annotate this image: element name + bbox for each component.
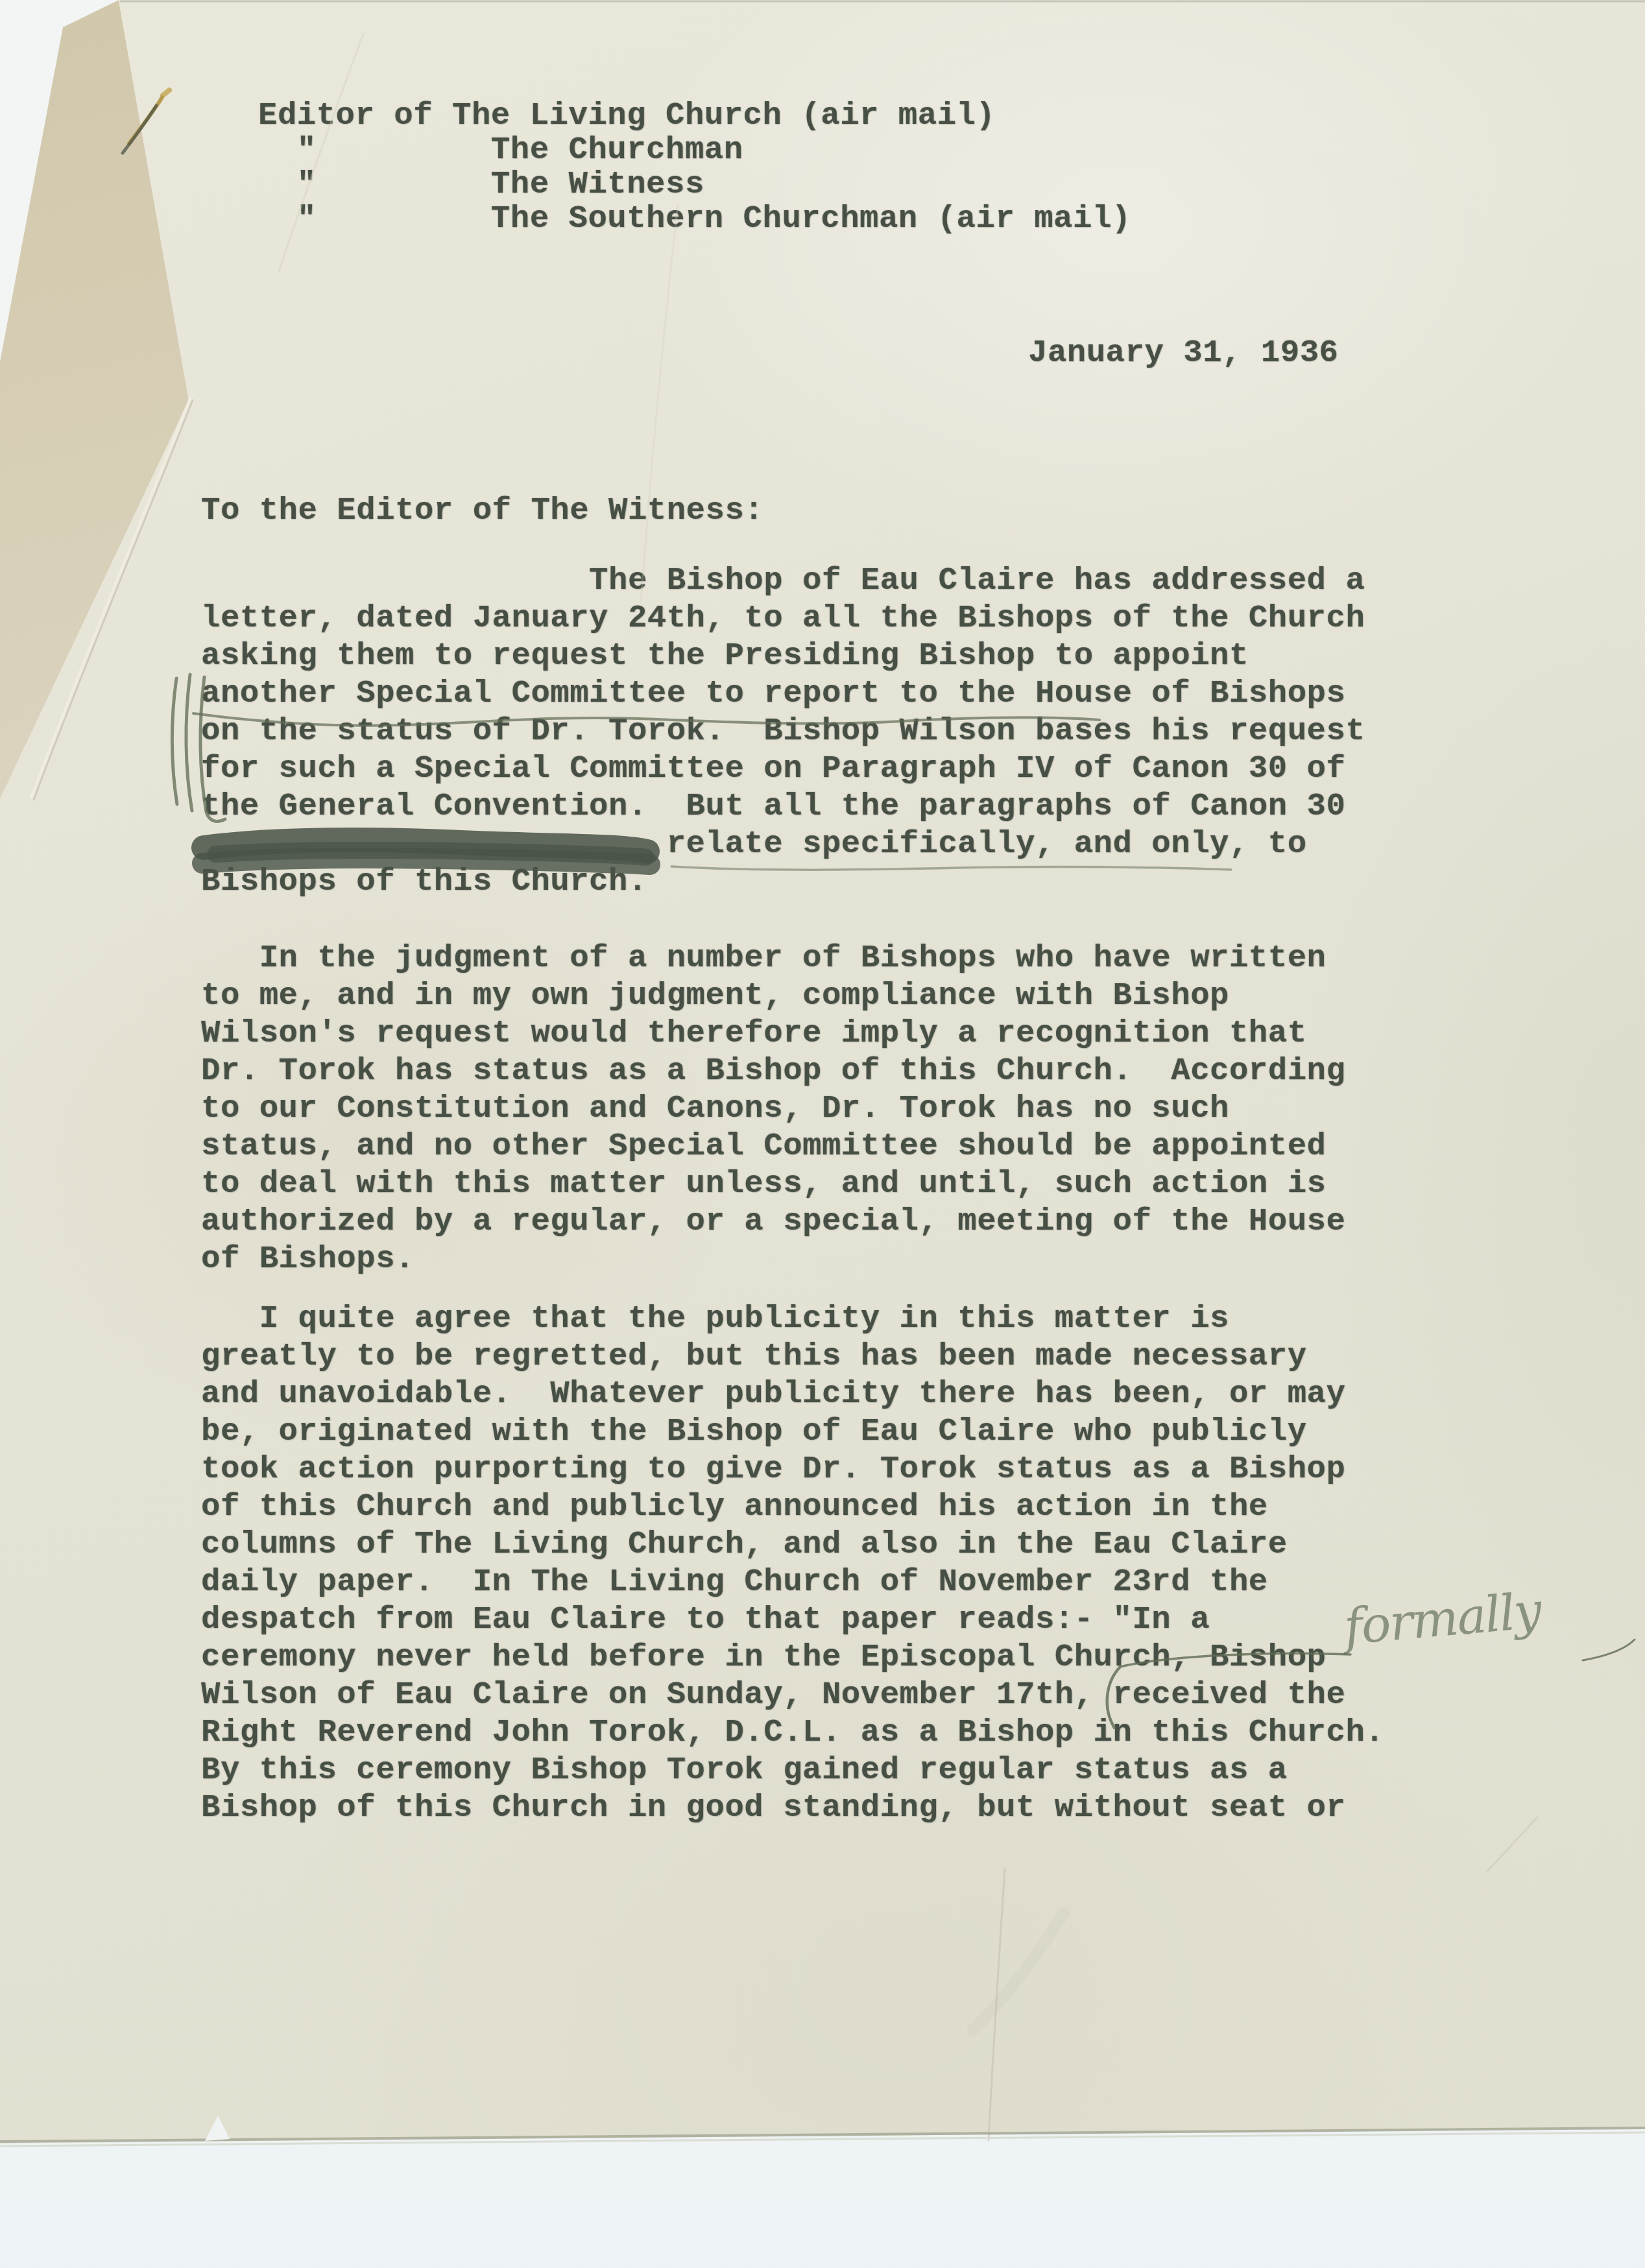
- scanned-letter-page: Editor of The Living Church (air mail) "…: [0, 0, 1645, 2268]
- letter-sheet: Editor of The Living Church (air mail) "…: [0, 0, 1645, 2268]
- paragraph-3: I quite agree that the publicity in this…: [201, 1300, 1384, 1826]
- paragraph-2: In the judgment of a number of Bishops w…: [201, 939, 1345, 1278]
- handwritten-insertion: formally: [1342, 1586, 1543, 1652]
- paragraph-1: The Bishop of Eau Claire has addressed a…: [201, 562, 1365, 900]
- letter-date: January 31, 1936: [1028, 334, 1338, 372]
- salutation: To the Editor of The Witness:: [201, 492, 763, 529]
- distribution-list: Editor of The Living Church (air mail) "…: [258, 99, 1131, 236]
